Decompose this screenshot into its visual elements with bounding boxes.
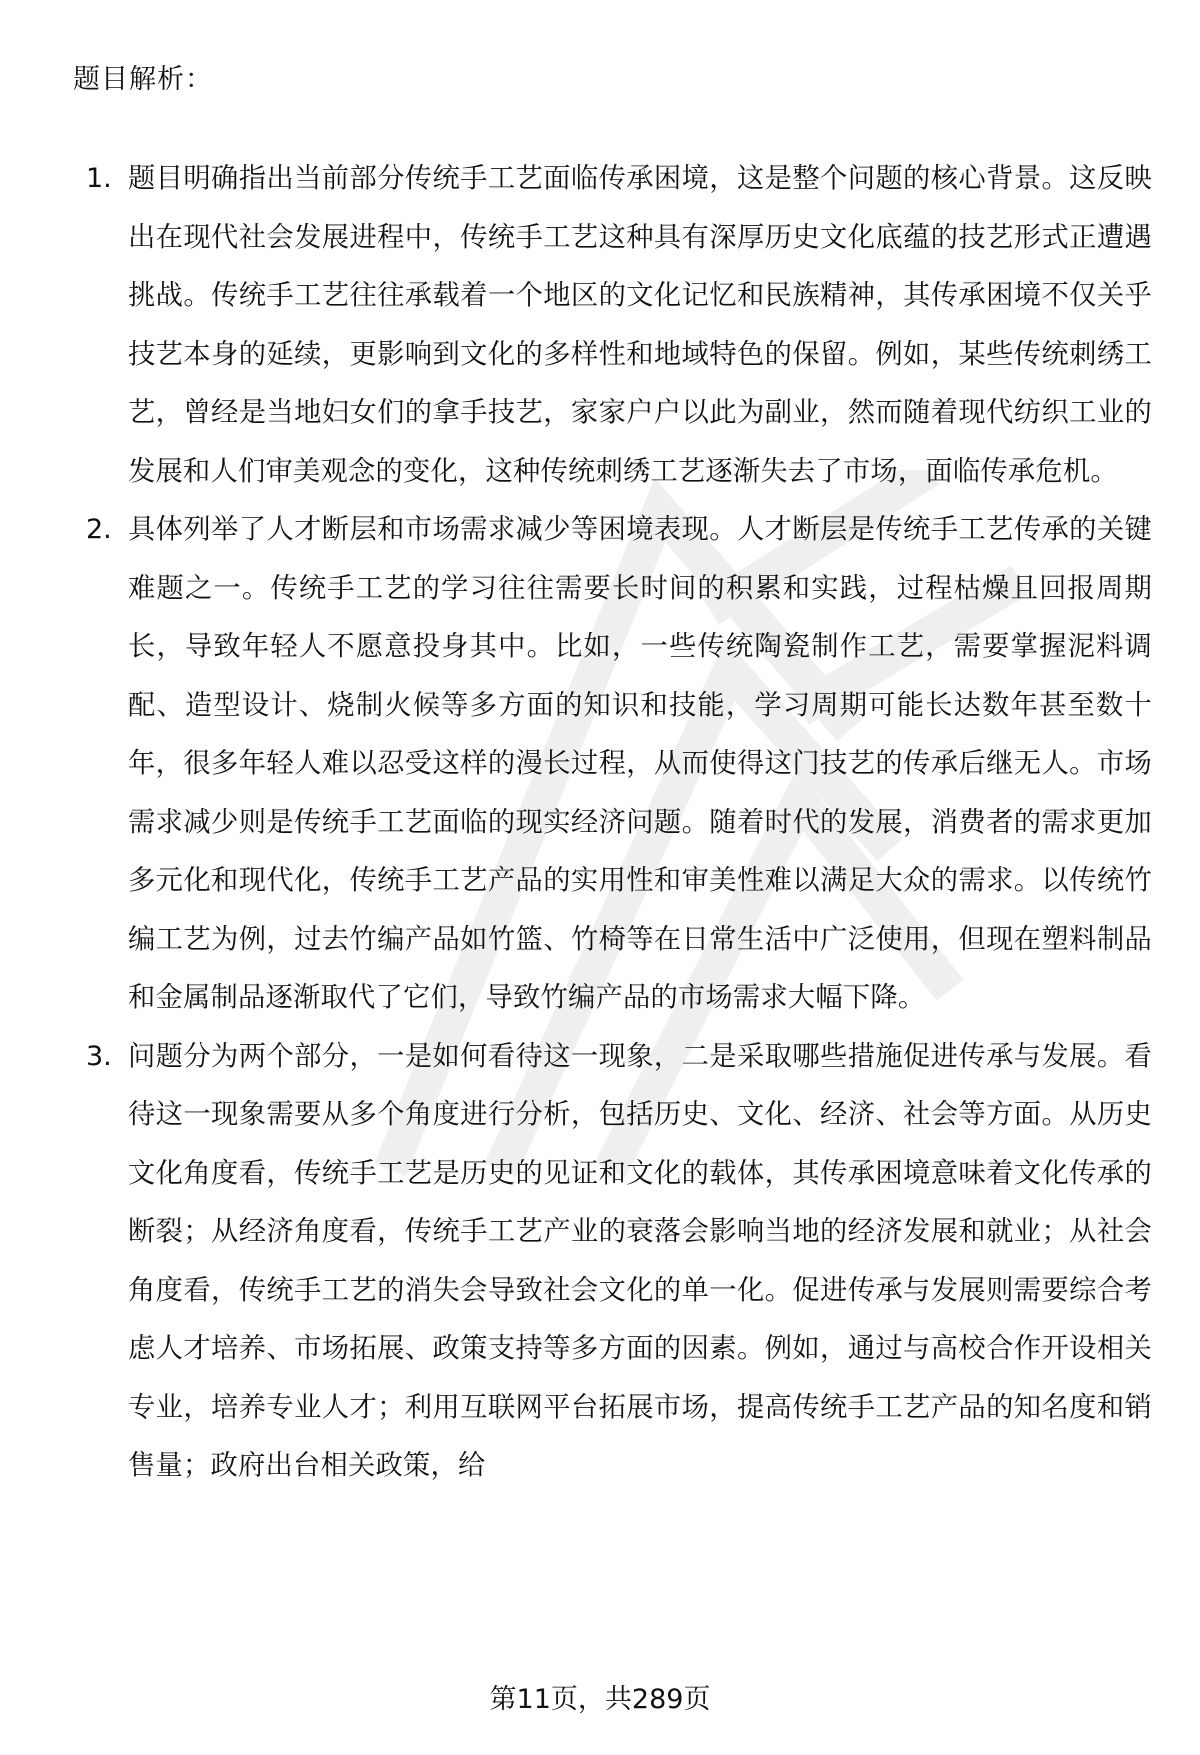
item-number: 2. (86, 501, 112, 560)
list-item: 1. 题目明确指出当前部分传统手工艺面临传承困境，这是整个问题的核心背景。这反映… (0, 150, 1200, 501)
item-text: 问题分为两个部分，一是如何看待这一现象，二是采取哪些措施促进传承与发展。看待这一… (128, 1028, 1152, 1496)
page-number-footer: 第11页，共289页 (0, 1680, 1200, 1720)
analysis-list: 1. 题目明确指出当前部分传统手工艺面临传承困境，这是整个问题的核心背景。这反映… (0, 150, 1200, 1496)
item-number: 3. (86, 1028, 112, 1087)
document-page: 题目解析： 1. 题目明确指出当前部分传统手工艺面临传承困境，这是整个问题的核心… (0, 0, 1200, 1755)
item-text: 题目明确指出当前部分传统手工艺面临传承困境，这是整个问题的核心背景。这反映出在现… (128, 150, 1152, 501)
item-number: 1. (86, 150, 112, 209)
item-text: 具体列举了人才断层和市场需求减少等困境表现。人才断层是传统手工艺传承的关键难题之… (128, 501, 1152, 1028)
list-item: 2. 具体列举了人才断层和市场需求减少等困境表现。人才断层是传统手工艺传承的关键… (0, 501, 1200, 1028)
list-item: 3. 问题分为两个部分，一是如何看待这一现象，二是采取哪些措施促进传承与发展。看… (0, 1028, 1200, 1496)
section-heading: 题目解析： (73, 62, 213, 98)
